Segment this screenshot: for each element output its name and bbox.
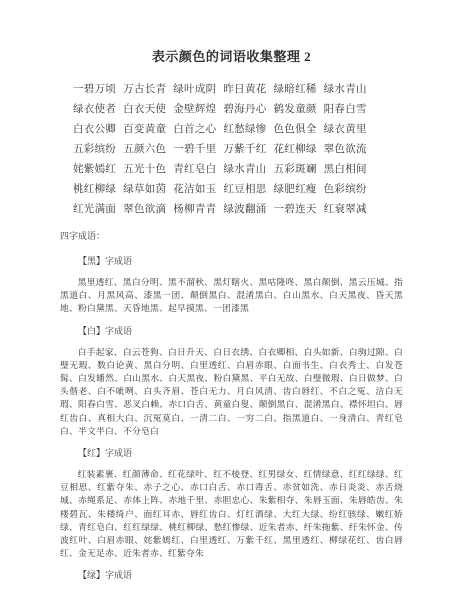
idiom-line: 绿衣使者 白衣天使 金壁辉煌 碧海丹心 鹤发童颜 阳春白雪	[60, 100, 403, 120]
idiom-list-block: 一碧万顷 万古长青 绿叶成阴 昨日黄花 绿暗红稀 绿水青山 绿衣使者 白衣天使 …	[60, 80, 403, 220]
section-green: 【绿】字成语	[60, 568, 403, 582]
page-title: 表示颜色的词语收集整理 2	[60, 46, 403, 65]
section-green-heading: 【绿】字成语	[60, 568, 403, 582]
section-red-content: 红装素裹、红颜薄命、红花绿叶、红不棱登、红男绿女、红情绿意、红红绿绿、红豆相思、…	[60, 468, 403, 560]
section-black: 【黑】字成语 黑里透红、黑白分明、黑不溜秋、黑灯瞎火、黑咕隆咚、黑白颠倒、黑云压…	[60, 254, 403, 316]
section-red: 【红】字成语 红装素裹、红颜薄命、红花绿叶、红不棱登、红男绿女、红情绿意、红红绿…	[60, 446, 403, 560]
section-white-content: 白手起家、白云苍狗、白日升天、白日衣绣、白衣卿相、白头如新、白驹过隙、白璧无瑕、…	[60, 346, 403, 438]
section-white-heading: 【白】字成语	[60, 324, 403, 338]
section-black-heading: 【黑】字成语	[60, 254, 403, 268]
idiom-line: 桃红柳绿 绿草如茵 花洁如玉 红豆相思 绿肥红瘦 色彩缤纷	[60, 180, 403, 200]
document-page: 表示颜色的词语收集整理 2 一碧万顷 万古长青 绿叶成阴 昨日黄花 绿暗红稀 绿…	[0, 0, 463, 600]
idiom-line: 姹紫嫣红 五光十色 青红皂白 绿水青山 五彩斑斓 黑白相间	[60, 160, 403, 180]
section-red-heading: 【红】字成语	[60, 446, 403, 460]
idiom-line: 白衣公卿 百变黄童 白首之心 红愁绿惨 色色俱全 绿衣黄里	[60, 120, 403, 140]
idiom-line: 五彩缤纷 五颜六色 一碧千里 万紫千红 花红柳绿 翠色欲流	[60, 140, 403, 160]
section-black-content: 黑里透红、黑白分明、黑不溜秋、黑灯瞎火、黑咕隆咚、黑白颠倒、黑云压城、指黑道白、…	[60, 276, 403, 316]
section-intro-label: 四字成语：	[60, 226, 403, 246]
idiom-line: 一碧万顷 万古长青 绿叶成阴 昨日黄花 绿暗红稀 绿水青山	[60, 80, 403, 100]
idiom-line: 红光满面 翠色欲滴 杨柳青青 绿波翻涌 一碧连天 红衰翠减	[60, 200, 403, 220]
section-white: 【白】字成语 白手起家、白云苍狗、白日升天、白日衣绣、白衣卿相、白头如新、白驹过…	[60, 324, 403, 438]
